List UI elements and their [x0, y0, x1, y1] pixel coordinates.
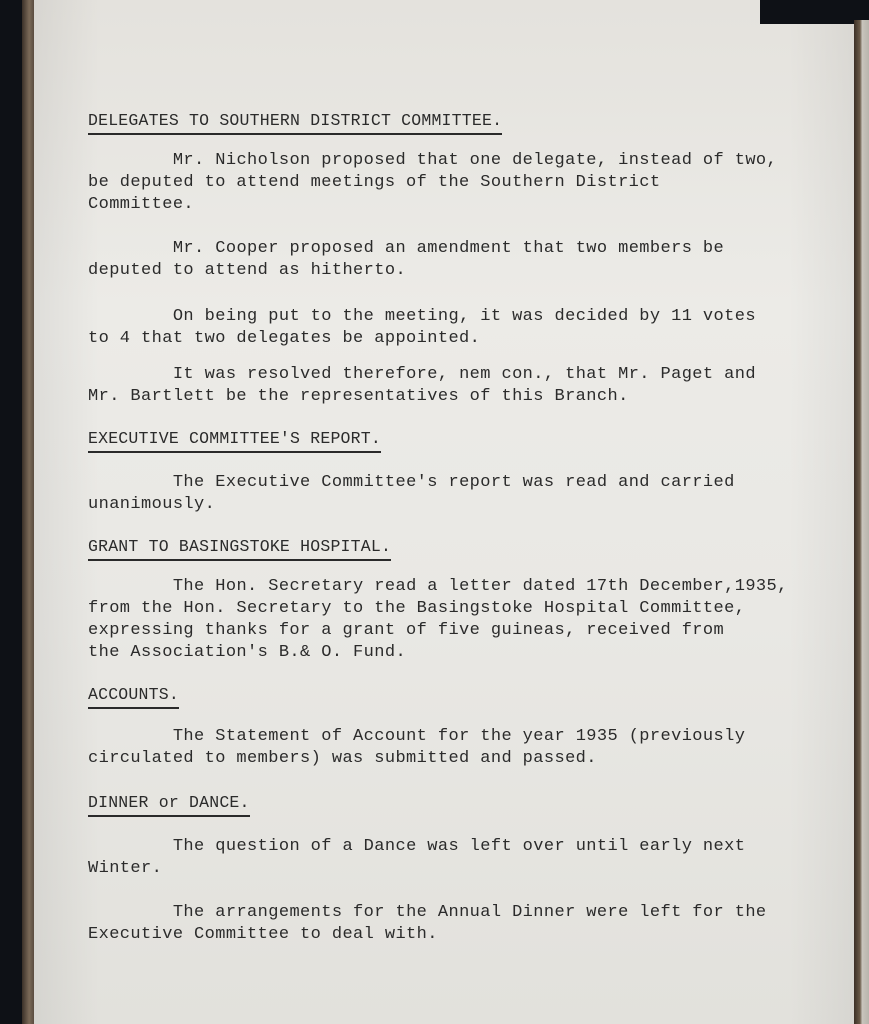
book-binding-left — [22, 0, 34, 1024]
paragraph: The Executive Committee's report was rea… — [88, 472, 848, 516]
section-heading: GRANT TO BASINGSTOKE HOSPITAL. — [88, 536, 391, 561]
paragraph: The Hon. Secretary read a letter dated 1… — [88, 576, 848, 664]
paragraph: The question of a Dance was left over un… — [88, 836, 848, 880]
book-binding-right — [854, 20, 869, 1024]
section-heading: DELEGATES TO SOUTHERN DISTRICT COMMITTEE… — [88, 110, 502, 135]
paragraph: On being put to the meeting, it was deci… — [88, 306, 848, 350]
paragraph: The arrangements for the Annual Dinner w… — [88, 902, 848, 946]
paragraph: The Statement of Account for the year 19… — [88, 726, 848, 770]
paragraph: Mr. Nicholson proposed that one delegate… — [88, 150, 848, 216]
section-grant-hospital: GRANT TO BASINGSTOKE HOSPITAL. — [88, 536, 848, 561]
section-heading: EXECUTIVE COMMITTEE'S REPORT. — [88, 428, 381, 453]
section-accounts: ACCOUNTS. — [88, 684, 848, 709]
section-heading: ACCOUNTS. — [88, 684, 179, 709]
section-dinner-dance: DINNER or DANCE. — [88, 792, 848, 817]
paragraph: It was resolved therefore, nem con., tha… — [88, 364, 848, 408]
section-heading: DINNER or DANCE. — [88, 792, 250, 817]
paragraph: Mr. Cooper proposed an amendment that tw… — [88, 238, 848, 282]
background-dark — [760, 0, 869, 24]
section-executive-report: EXECUTIVE COMMITTEE'S REPORT. — [88, 428, 848, 453]
section-delegates: DELEGATES TO SOUTHERN DISTRICT COMMITTEE… — [88, 110, 848, 135]
